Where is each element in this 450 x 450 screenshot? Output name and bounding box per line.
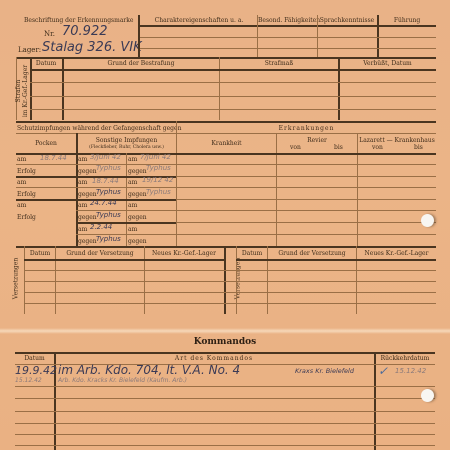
rule <box>30 109 436 110</box>
kommando-note: Kraxs Kr. Bielefeld <box>295 367 354 375</box>
kommando-art: im Arb. Kdo. 704, lt. V.A. No. 4 <box>58 363 240 377</box>
divider <box>16 246 436 248</box>
sonstige-gegen-value: Typhus <box>146 188 171 196</box>
rule <box>176 222 436 223</box>
sonstige-gegen-label: gegen <box>128 191 147 198</box>
sonstige-am-value: 24.7.44 <box>90 199 117 207</box>
punch-hole <box>421 214 434 227</box>
sonstige-am-value: 2.2.44 <box>90 223 112 231</box>
sonstige-am-value: 19/12 42 <box>142 176 173 184</box>
pocken-erfolg-label: Erfolg <box>17 168 36 175</box>
strafen-col-datum: Datum <box>31 60 61 67</box>
col-faehigkeiten: Besond. Fähigkeiten <box>258 17 318 24</box>
rule <box>30 96 436 97</box>
divider <box>16 57 436 59</box>
revier-von: von <box>290 144 301 151</box>
rule <box>30 69 436 71</box>
lager-value: Stalag 326. VIK <box>42 40 142 55</box>
rule <box>16 164 436 165</box>
sonstige-gegen-value: Typhus <box>96 164 121 172</box>
erkennungsmarke-header: Beschriftung der Erkennungsmarke <box>24 17 133 24</box>
rule <box>236 259 436 261</box>
divider <box>276 133 277 247</box>
col-fuehrung: Führung <box>378 17 436 24</box>
pocken-am-label: am <box>17 179 26 186</box>
sonstige-gegen-label: gegen <box>128 238 147 245</box>
rule <box>15 423 435 424</box>
strafen-col-strafmass: Strafmaß <box>220 60 338 67</box>
rule <box>15 434 435 435</box>
sonstige-gegen-value: Typhus <box>96 188 121 196</box>
divider <box>374 352 376 450</box>
pocken-am-label: am <box>17 202 26 209</box>
pocken-am-value: 18.7.44 <box>40 154 67 162</box>
nr-value: 70.922 <box>62 24 108 39</box>
nr-label: Nr. <box>44 31 55 38</box>
rule <box>76 234 436 235</box>
rule <box>24 259 224 261</box>
rule <box>15 411 435 412</box>
strafen-col-verbuesst: Verbüßt, Datum <box>339 60 436 67</box>
versetzungen-col-datum: Datum <box>237 250 267 257</box>
rule <box>15 386 435 387</box>
divider <box>16 121 436 123</box>
blue-checkmark-icon: ✓ <box>378 364 388 378</box>
kommando-datum: 15.12.42 <box>15 377 42 384</box>
punch-hole <box>421 389 434 402</box>
col-sprachen: Sprachkenntnisse <box>318 17 376 24</box>
rule <box>76 210 436 211</box>
sonstige-am-label: am <box>78 226 87 233</box>
pocken-erfolg-label: Erfolg <box>17 191 36 198</box>
sonstige-gegen-label: gegen <box>78 191 97 198</box>
sonstige-gegen-value: Typhus <box>96 235 121 243</box>
lazarett-von: von <box>372 144 383 151</box>
sonstige-gegen-label: gegen <box>78 214 97 221</box>
sonstige-gegen-value: Typhus <box>146 164 171 172</box>
impfungen-header: Schutzimpfungen während der Gefangenscha… <box>17 125 181 132</box>
kommando-datum: 19.9.42 <box>15 364 57 377</box>
versetzungen-col-lager: Neues Kr.-Gef.-Lager <box>357 250 436 257</box>
document-card: Beschriftung der Erkennungsmarke Nr. 70.… <box>0 0 450 450</box>
strafen-side-label: Strafenim Kr.-Gef.-Lager <box>15 61 29 121</box>
lazarett-bis: bis <box>414 144 423 151</box>
sonstige-am-label: am <box>78 202 87 209</box>
versetzungen-col-grund: Grund der Versetzung <box>268 250 356 257</box>
rule <box>176 199 436 200</box>
rule <box>16 187 436 188</box>
sonstige-gegen-label: gegen <box>128 214 147 221</box>
sonstige-sub: (Fleckfieber, Ruhr, Cholera usw.) <box>77 144 176 151</box>
sonstige-am-label: am <box>128 156 137 163</box>
rule <box>15 398 435 399</box>
rule <box>24 303 436 304</box>
sonstige-gegen-label: gegen <box>128 168 147 175</box>
rule <box>140 37 436 38</box>
kommandos-col-art: Art des Kommandos <box>55 355 373 362</box>
sonstige-label: Sonstige Impfungen <box>77 137 176 144</box>
sonstige-am-label: am <box>128 226 137 233</box>
sonstige-am-label: am <box>128 202 137 209</box>
sonstige-gegen-label: gegen <box>78 168 97 175</box>
rule <box>24 270 436 271</box>
rule <box>24 281 436 282</box>
kommandos-col-rueckkehr: Rückkehrdatum <box>375 355 435 362</box>
rule <box>15 445 435 446</box>
pocken-erfolg-label: Erfolg <box>17 214 36 221</box>
pocken-label: Pocken <box>16 140 76 147</box>
sonstige-gegen-label: gegen <box>78 238 97 245</box>
versetzungen-side-label-left: Versetzungen <box>13 249 20 309</box>
sonstige-am-label: am <box>78 156 87 163</box>
versetzungen-col-grund: Grund der Versetzung <box>56 250 144 257</box>
krankheit-label: Krankheit <box>177 140 276 147</box>
rule <box>16 153 436 155</box>
kommandos-title: Kommandos <box>0 337 450 347</box>
sonstige-am-label: am <box>78 179 87 186</box>
pocken-am-label: am <box>17 156 26 163</box>
sonstige-am-value: 3/Juni 42 <box>90 153 121 161</box>
sonstige-gegen-value: Typhus <box>96 211 121 219</box>
erkrankungen-header: Erkrankungen <box>177 125 436 132</box>
sonstige-am-value: 7/Juni 42 <box>140 153 171 161</box>
versetzungen-col-lager: Neues Kr.-Gef.-Lager <box>145 250 223 257</box>
kommando-rueckkehr: 15.12.42 <box>395 367 426 375</box>
sonstige-am-label: am <box>128 179 137 186</box>
lager-label: Lager: <box>18 47 41 54</box>
paper-fold <box>0 328 450 334</box>
versetzungen-col-datum: Datum <box>25 250 55 257</box>
lazarett-label: Lazarett — Krankenhaus <box>358 137 436 144</box>
rule <box>140 48 436 49</box>
divider <box>357 133 358 247</box>
rule <box>16 133 436 134</box>
rule <box>176 176 436 177</box>
rule <box>30 82 436 83</box>
revier-bis: bis <box>334 144 343 151</box>
rule <box>24 292 436 293</box>
divider <box>138 25 436 27</box>
kommando-art: Arb. Kdo. Kracks Kr. Bielefeld (Kaufm. A… <box>58 377 187 384</box>
revier-label: Revier <box>277 137 357 144</box>
kommandos-col-datum: Datum <box>15 355 54 362</box>
divider <box>15 352 435 354</box>
sonstige-am-value: 18.7.44 <box>92 177 119 185</box>
col-charakter: Charaktereigenschaften u. a. <box>140 17 258 24</box>
strafen-col-grund: Grund der Bestrafung <box>63 60 219 67</box>
